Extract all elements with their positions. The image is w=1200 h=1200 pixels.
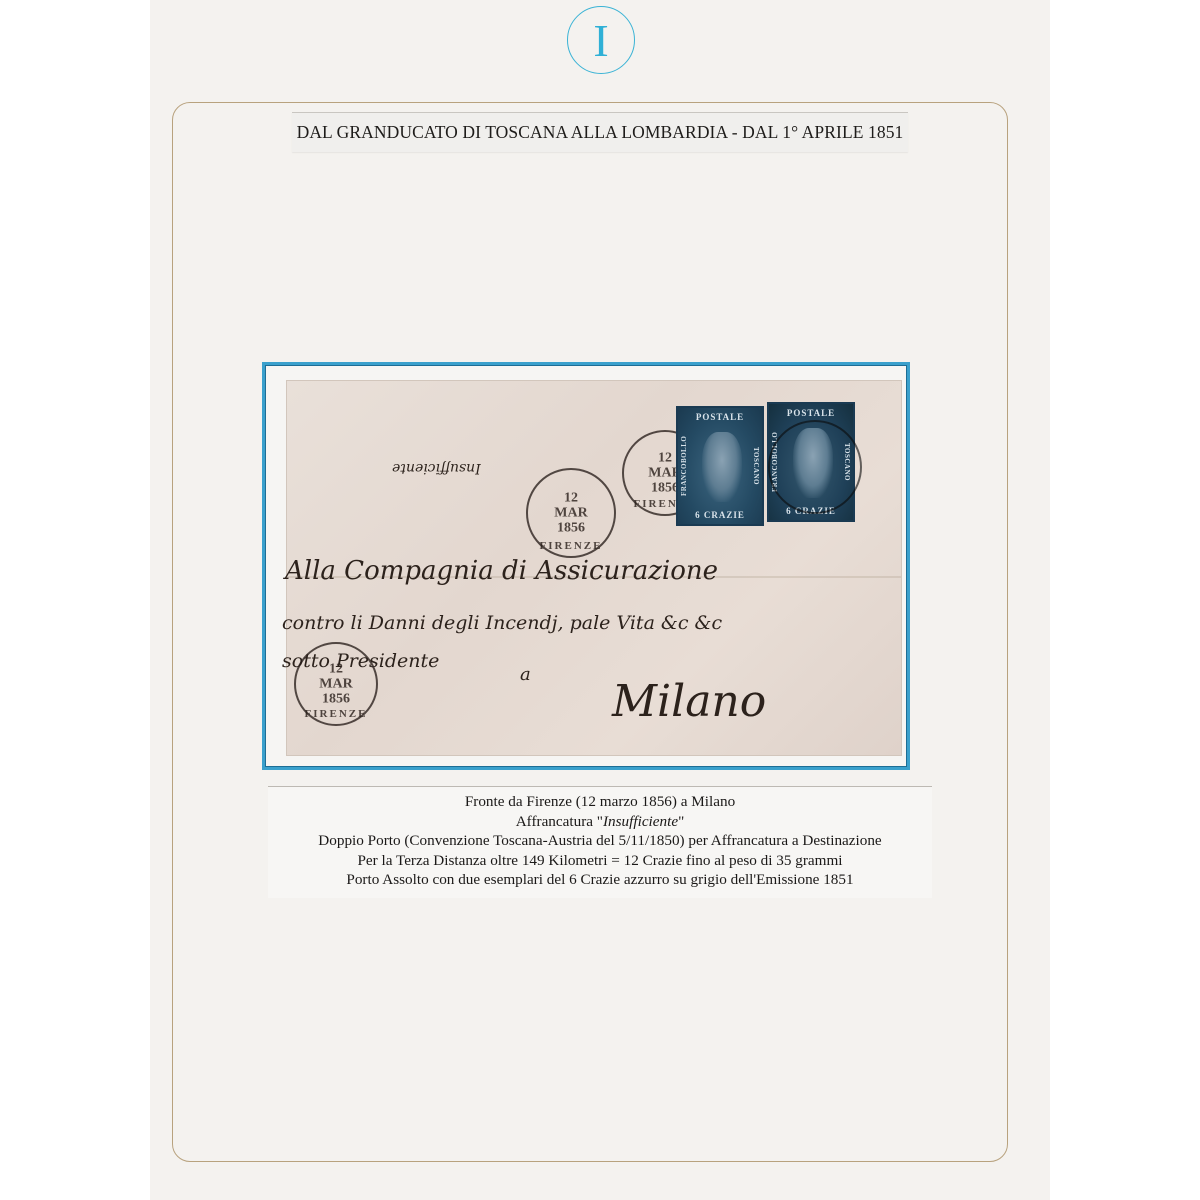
description-caption: Fronte da Firenze (12 marzo 1856) a Mila… bbox=[268, 786, 932, 898]
postmark-year: 1856 bbox=[296, 692, 376, 707]
stamp-left-text: FRANCOBOLLO bbox=[680, 432, 690, 500]
postmark-month: MAR bbox=[528, 506, 614, 521]
caption-line-2: Affrancatura "Insufficiente" bbox=[268, 812, 932, 832]
postmark-day: 12 bbox=[528, 491, 614, 506]
caption-line-5: Porto Assolto con due esemplari del 6 Cr… bbox=[268, 870, 932, 890]
stamp-right-text: TOSCANO bbox=[750, 432, 760, 500]
stamp-top-text: POSTALE bbox=[678, 412, 762, 422]
caption-line-4: Per la Terza Distanza oltre 149 Kilometr… bbox=[268, 851, 932, 871]
postmark-year: 1856 bbox=[528, 521, 614, 536]
caption-line-1: Fronte da Firenze (12 marzo 1856) a Mila… bbox=[268, 792, 932, 812]
lion-icon bbox=[702, 432, 742, 502]
address-city: Milano bbox=[612, 676, 766, 727]
caption-line-2-prefix: Affrancatura " bbox=[516, 813, 603, 830]
postmark-city: FIRENZE bbox=[296, 707, 376, 722]
postmark-month: MAR bbox=[296, 677, 376, 692]
cancellation-ring bbox=[768, 420, 862, 514]
manuscript-insufficiente: Insufficiente bbox=[392, 460, 481, 476]
postmark-city: FIRENZE bbox=[528, 539, 614, 554]
caption-line-3: Doppio Porto (Convenzione Toscana-Austri… bbox=[268, 831, 932, 851]
caption-line-2-suffix: " bbox=[678, 813, 684, 830]
page-title: DAL GRANDUCATO DI TOSCANA ALLA LOMBARDIA… bbox=[292, 112, 908, 152]
caption-line-2-italic: Insufficiente bbox=[603, 813, 678, 830]
page-number-badge: I bbox=[567, 6, 635, 74]
stamp-top-text: POSTALE bbox=[769, 408, 853, 418]
postmark-firenze-1: 12 MAR 1856 FIRENZE bbox=[526, 468, 616, 558]
postmark-firenze-3: 12 MAR 1856 FIRENZE bbox=[294, 642, 378, 726]
postmark-day: 12 bbox=[296, 662, 376, 677]
stamp-value: 6 CRAZIE bbox=[678, 510, 762, 520]
page-number-text: I bbox=[593, 14, 608, 67]
address-line-2: contro li Danni degli Incendj, pale Vita… bbox=[282, 612, 722, 634]
address-line-4: a bbox=[520, 664, 531, 685]
address-line-1: Alla Compagnia di Assicurazione bbox=[285, 556, 718, 586]
stamp-6-crazie-1: POSTALE FRANCOBOLLO TOSCANO 6 CRAZIE bbox=[676, 406, 764, 526]
